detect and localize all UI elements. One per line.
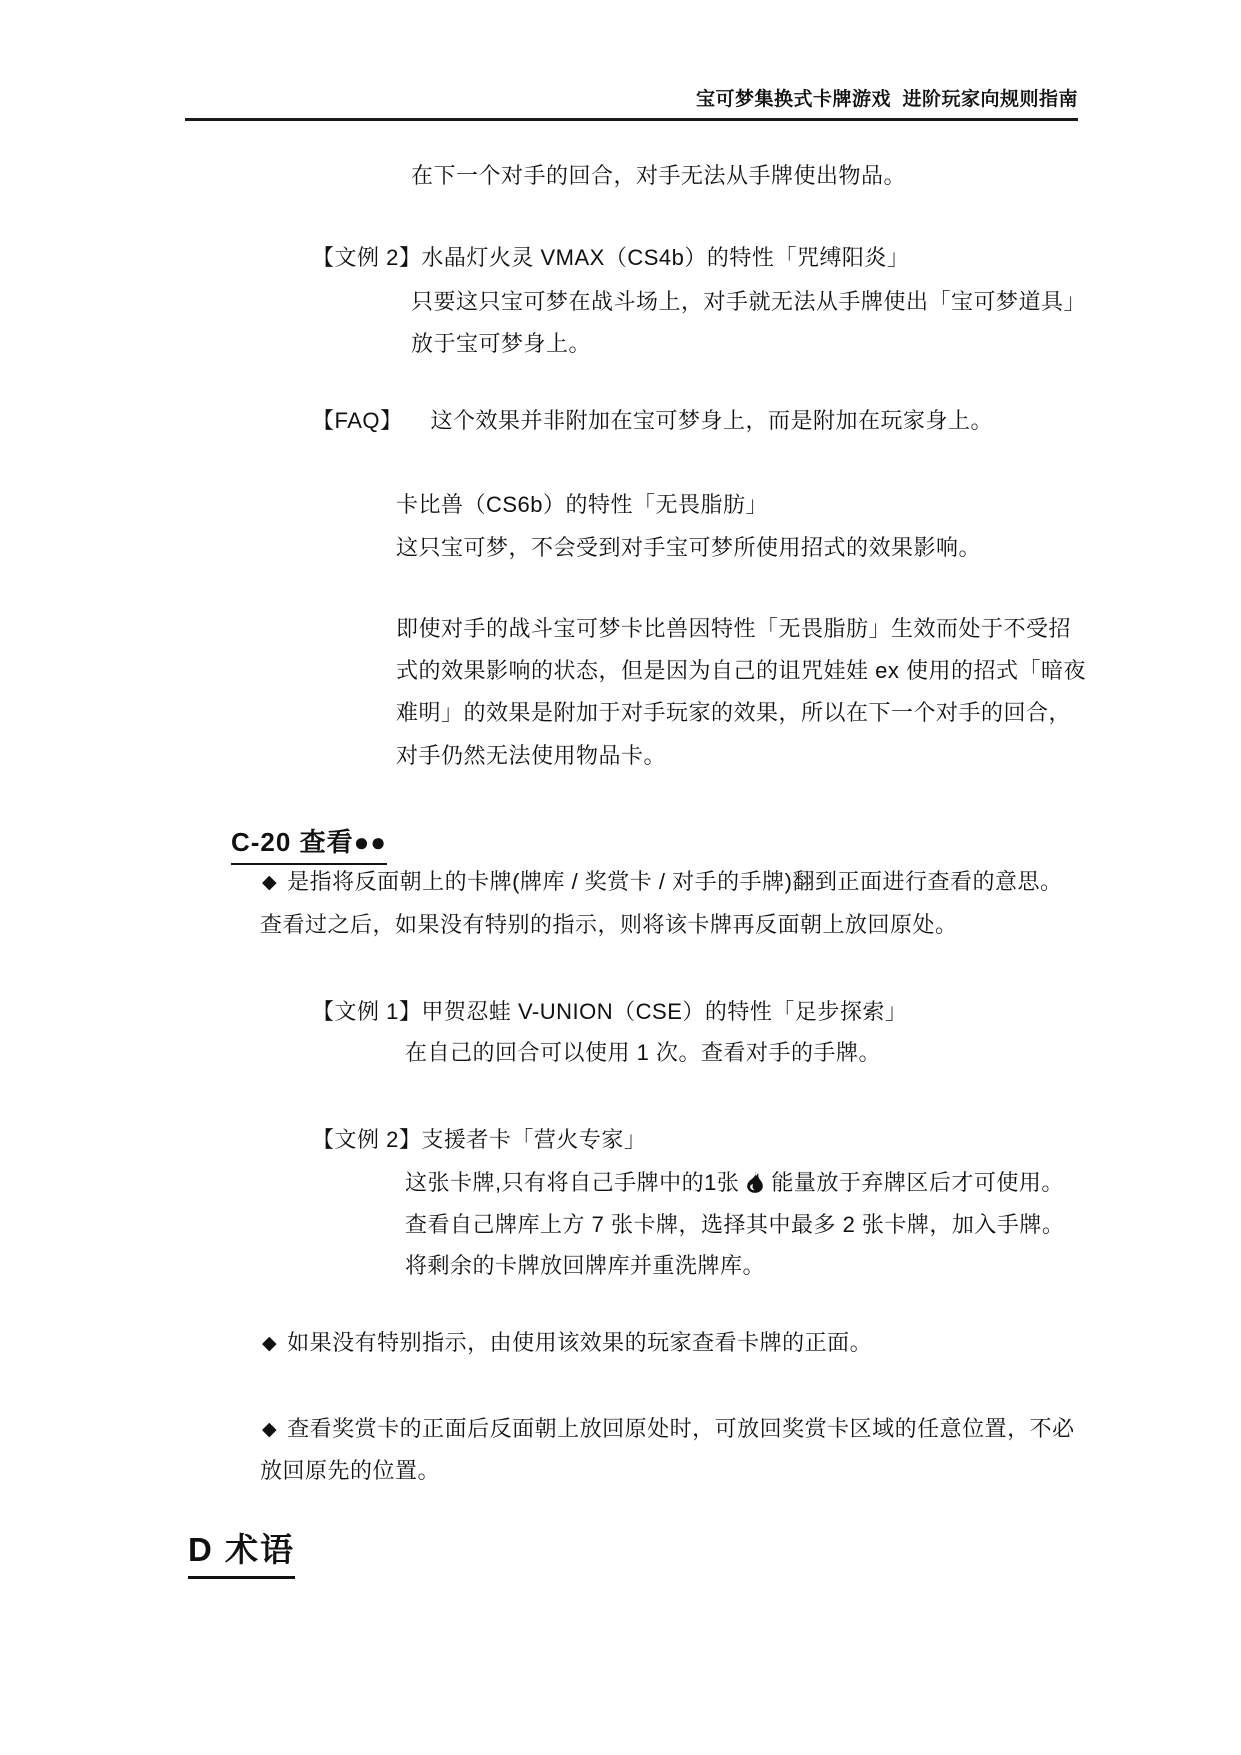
example2-title: 水晶灯火灵 VMAX（CS4b）的特性「咒缚阳炎」 — [421, 245, 909, 270]
card-text-line2: 这只宝可梦，不会受到对手宝可梦所使用招式的效果影响。 — [396, 534, 981, 562]
page-header-title: 宝可梦集换式卡牌游戏 进阶玩家向规则指南 — [696, 84, 1078, 111]
document-page: 宝可梦集换式卡牌游戏 进阶玩家向规则指南 在下一个对手的回合，对手无法从手牌使出… — [0, 0, 1241, 1755]
c20-example2-text-line3: 将剩余的卡牌放回牌库并重洗牌库。 — [405, 1252, 765, 1280]
explanation-line3: 难明」的效果是附加于对手玩家的效果，所以在下一个对手的回合， — [396, 699, 1071, 727]
c20-example1-heading-line: 【文例 1】甲贺忍蛙 V-UNION（CSE）的特性「足步探索」 — [312, 998, 907, 1026]
carryover-example-line: 在下一个对手的回合，对手无法从手牌使出物品。 — [411, 162, 906, 190]
faq-line: 【FAQ】这个效果并非附加在宝可梦身上，而是附加在玩家身上。 — [312, 407, 993, 435]
example2-text-line2: 放于宝可梦身上。 — [411, 330, 591, 358]
c20-bullet2-line: ◆如果没有特别指示，由使用该效果的玩家查看卡牌的正面。 — [262, 1329, 872, 1359]
example2-text-line1: 只要这只宝可梦在战斗场上，对手就无法从手牌使出「宝可梦道具」 — [411, 288, 1086, 316]
card-text-line1: 卡比兽（CS6b）的特性「无畏脂肪」 — [396, 491, 768, 519]
c20-bullet1-line2: 查看过之后，如果没有特别的指示，则将该卡牌再反面朝上放回原处。 — [260, 911, 958, 939]
faq-text: 这个效果并非附加在宝可梦身上，而是附加在玩家身上。 — [431, 408, 994, 433]
c20-example2-heading-line: 【文例 2】支援者卡「营火专家」 — [312, 1126, 646, 1154]
faq-label: 【FAQ】 — [312, 408, 403, 433]
header-rule — [185, 118, 1078, 121]
c20-bullet3-line2: 放回原先的位置。 — [260, 1457, 440, 1485]
c20-example2-text-post: 能量放于弃牌区后才可使用。 — [771, 1170, 1064, 1195]
diamond-bullet-icon: ◆ — [262, 1416, 277, 1444]
diamond-bullet-icon: ◆ — [262, 869, 277, 897]
c20-example2-text-pre: 这张卡牌,只有将自己手牌中的1张 — [405, 1170, 739, 1195]
explanation-line2: 式的效果影响的状态，但是因为自己的诅咒娃娃 ex 使用的招式「暗夜 — [396, 657, 1086, 685]
c20-bullet1-line1: ◆是指将反面朝上的卡牌(牌库 / 奖赏卡 / 对手的手牌)翻到正面进行查看的意思… — [262, 868, 1062, 898]
fire-energy-icon — [745, 1171, 765, 1193]
c20-example2-text-line1: 这张卡牌,只有将自己手牌中的1张能量放于弃牌区后才可使用。 — [405, 1169, 1064, 1197]
explanation-line1: 即使对手的战斗宝可梦卡比兽因特性「无畏脂肪」生效而处于不受招 — [396, 615, 1071, 643]
c20-bullet3-line1: ◆查看奖赏卡的正面后反面朝上放回原处时，可放回奖赏卡区域的任意位置，不必 — [262, 1415, 1075, 1445]
explanation-line4: 对手仍然无法使用物品卡。 — [396, 742, 666, 770]
c20-example1-label: 【文例 1】 — [312, 999, 421, 1024]
example2-heading-line: 【文例 2】水晶灯火灵 VMAX（CS4b）的特性「咒缚阳炎」 — [312, 244, 909, 272]
c20-example2-text-line2: 查看自己牌库上方 7 张卡牌，选择其中最多 2 张卡牌，加入手牌。 — [405, 1211, 1064, 1239]
c20-bullet2-text: 如果没有特别指示，由使用该效果的玩家查看卡牌的正面。 — [287, 1330, 872, 1355]
example2-label: 【文例 2】 — [312, 245, 421, 270]
c20-bullet1-text: 是指将反面朝上的卡牌(牌库 / 奖赏卡 / 对手的手牌)翻到正面进行查看的意思。 — [287, 869, 1062, 894]
c20-example2-title: 支援者卡「营火专家」 — [421, 1127, 646, 1152]
section-d-heading: D 术语 — [188, 1524, 295, 1579]
diamond-bullet-icon: ◆ — [262, 1330, 277, 1358]
section-c20-heading: C-20 查看●● — [231, 822, 387, 865]
c20-example2-label: 【文例 2】 — [312, 1127, 421, 1152]
c20-example1-title: 甲贺忍蛙 V-UNION（CSE）的特性「足步探索」 — [421, 999, 907, 1024]
c20-bullet3-text: 查看奖赏卡的正面后反面朝上放回原处时，可放回奖赏卡区域的任意位置，不必 — [287, 1416, 1075, 1441]
c20-example1-text-line: 在自己的回合可以使用 1 次。查看对手的手牌。 — [405, 1039, 881, 1067]
